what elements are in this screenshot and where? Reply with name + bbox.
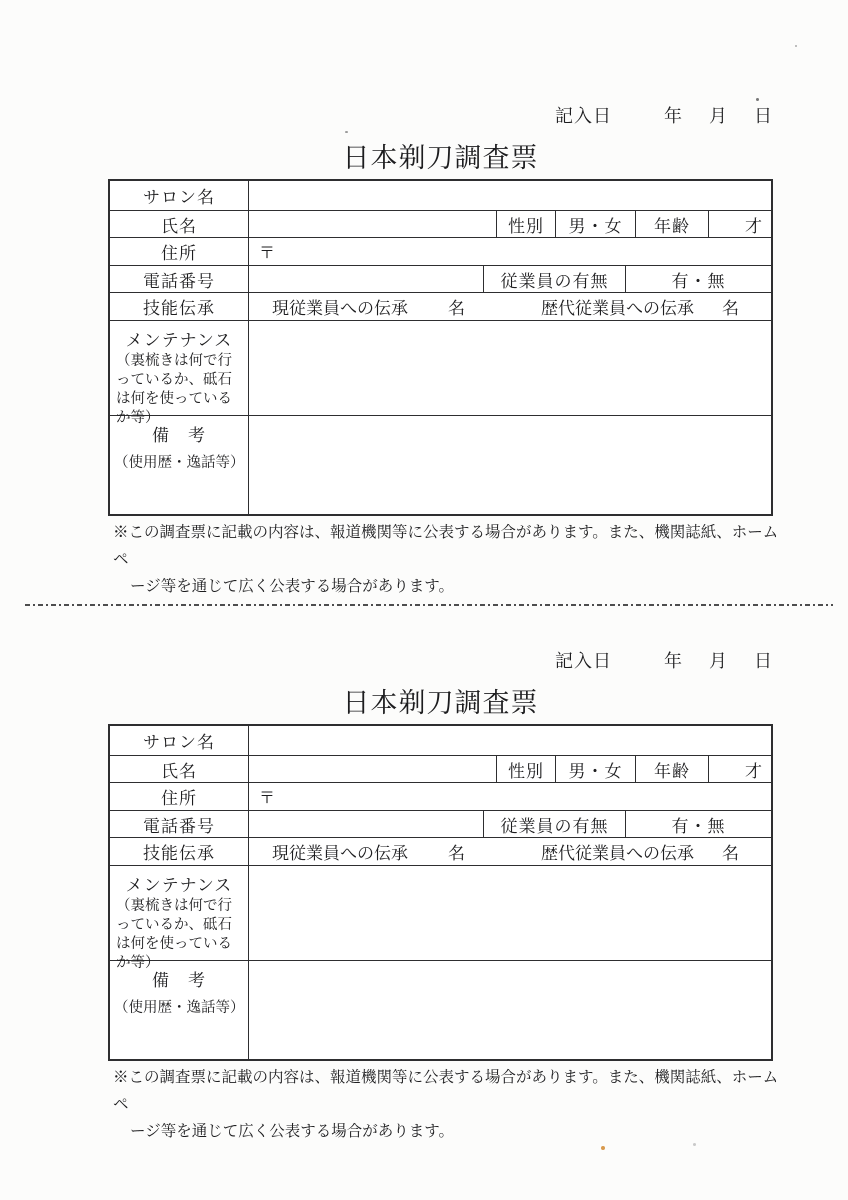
form-title: 日本剃刀調査票: [108, 681, 773, 720]
skill-past-label: 歴代従業員への伝承: [541, 294, 694, 319]
phone-field: [249, 266, 483, 292]
publication-notice-line1: ※この調査票に記載の内容は、報道機関等に公表する場合があります。また、機関誌紙、…: [113, 1064, 793, 1118]
survey-table: サロン名 氏名 性別 男・女 年齢 才 住所 〒 電話番号 従業員の有無: [108, 724, 773, 1061]
date-day-label: 日: [754, 647, 773, 673]
scan-speck: [693, 1143, 696, 1146]
skill-label: 技能伝承: [110, 838, 249, 865]
skill-field: 現従業員への伝承 名 歴代従業員への伝承 名: [249, 293, 771, 320]
maintenance-label-cell: メンテナンス （裏梳きは何で行っているか、砥石は何を使っているか等）: [110, 866, 249, 960]
name-label: 氏名: [110, 756, 249, 782]
survey-table: サロン名 氏名 性別 男・女 年齢 才 住所 〒 電話番号 従業員の有無: [108, 179, 773, 516]
age-unit-label: 才: [708, 211, 771, 237]
name-field: [249, 756, 496, 782]
employees-options: 有・無: [625, 811, 771, 837]
skill-past-label: 歴代従業員への伝承: [541, 839, 694, 864]
scan-speck: [756, 98, 759, 101]
scan-speck: [601, 1146, 605, 1150]
table-row-name: 氏名 性別 男・女 年齢 才: [110, 755, 771, 782]
salon-name-label: サロン名: [110, 181, 249, 210]
address-label: 住所: [110, 783, 249, 810]
scan-speck: [567, 657, 570, 660]
table-row-phone: 電話番号 従業員の有無 有・無: [110, 265, 771, 292]
postal-mark: 〒: [259, 785, 275, 808]
maintenance-field: [249, 866, 771, 960]
date-year-label: 年: [664, 102, 683, 128]
table-row-skill: 技能伝承 現従業員への伝承 名 歴代従業員への伝承 名: [110, 292, 771, 320]
skill-current-unit: 名: [448, 839, 465, 864]
maintenance-label: メンテナンス: [110, 326, 248, 351]
age-label: 年齢: [635, 211, 708, 237]
remarks-label: 備 考: [110, 421, 248, 446]
form-title: 日本剃刀調査票: [108, 136, 773, 175]
survey-form-copy-2: 記入日 年 月 日 日本剃刀調査票 サロン名 氏名 性別 男・女 年齢 才 住所: [0, 545, 848, 1090]
table-row-address: 住所 〒: [110, 237, 771, 265]
skill-current-label: 現従業員への伝承: [272, 839, 408, 864]
remarks-field: [249, 961, 771, 1059]
date-line: 記入日 年 月 日: [0, 102, 773, 128]
table-row-maintenance: メンテナンス （裏梳きは何で行っているか、砥石は何を使っているか等）: [110, 865, 771, 960]
name-label: 氏名: [110, 211, 249, 237]
salon-name-label: サロン名: [110, 726, 249, 755]
salon-name-field: [249, 726, 771, 755]
scan-speck: [795, 45, 797, 47]
gender-options: 男・女: [555, 211, 635, 237]
scan-speck: [345, 131, 348, 133]
name-field: [249, 211, 496, 237]
survey-form-copy-1: 記入日 年 月 日 日本剃刀調査票 サロン名 氏名 性別 男・女 年齢 才 住所: [0, 0, 848, 545]
remarks-field: [249, 416, 771, 514]
maintenance-label: メンテナンス: [110, 871, 248, 896]
gender-options: 男・女: [555, 756, 635, 782]
date-label: 記入日: [555, 102, 612, 128]
employees-options: 有・無: [625, 266, 771, 292]
table-row-remarks: 備 考 （使用歴・逸話等）: [110, 415, 771, 514]
table-row-salon: サロン名: [110, 181, 771, 210]
maintenance-label-cell: メンテナンス （裏梳きは何で行っているか、砥石は何を使っているか等）: [110, 321, 249, 415]
date-month-label: 月: [709, 647, 728, 673]
publication-notice: ※この調査票に記載の内容は、報道機関等に公表する場合があります。また、機関誌紙、…: [113, 1064, 793, 1145]
table-row-remarks: 備 考 （使用歴・逸話等）: [110, 960, 771, 1059]
age-label: 年齢: [635, 756, 708, 782]
salon-name-field: [249, 181, 771, 210]
remarks-label: 備 考: [110, 966, 248, 991]
skill-past-unit: 名: [722, 839, 739, 864]
table-row-salon: サロン名: [110, 726, 771, 755]
employees-label: 従業員の有無: [483, 811, 625, 837]
address-label: 住所: [110, 238, 249, 265]
employees-label: 従業員の有無: [483, 266, 625, 292]
table-row-phone: 電話番号 従業員の有無 有・無: [110, 810, 771, 837]
skill-field: 現従業員への伝承 名 歴代従業員への伝承 名: [249, 838, 771, 865]
age-unit-label: 才: [708, 756, 771, 782]
skill-past-unit: 名: [722, 294, 739, 319]
maintenance-field: [249, 321, 771, 415]
date-line: 記入日 年 月 日: [0, 647, 773, 673]
gender-label: 性別: [496, 211, 555, 237]
date-month-label: 月: [709, 102, 728, 128]
remarks-label-cell: 備 考 （使用歴・逸話等）: [110, 416, 249, 514]
date-label: 記入日: [555, 647, 612, 673]
address-field: 〒: [249, 783, 771, 810]
scanned-survey-sheet: 記入日 年 月 日 日本剃刀調査票 サロン名 氏名 性別 男・女 年齢 才 住所: [0, 0, 848, 1200]
table-row-address: 住所 〒: [110, 782, 771, 810]
skill-current-label: 現従業員への伝承: [272, 294, 408, 319]
table-row-maintenance: メンテナンス （裏梳きは何で行っているか、砥石は何を使っているか等）: [110, 320, 771, 415]
skill-current-unit: 名: [448, 294, 465, 319]
table-row-name: 氏名 性別 男・女 年齢 才: [110, 210, 771, 237]
date-day-label: 日: [754, 102, 773, 128]
remarks-sublabel: （使用歴・逸話等）: [110, 453, 248, 473]
postal-mark: 〒: [259, 240, 275, 263]
phone-label: 電話番号: [110, 811, 249, 837]
table-row-skill: 技能伝承 現従業員への伝承 名 歴代従業員への伝承 名: [110, 837, 771, 865]
phone-label: 電話番号: [110, 266, 249, 292]
remarks-label-cell: 備 考 （使用歴・逸話等）: [110, 961, 249, 1059]
publication-notice-line2: ージ等を通じて広く公表する場合があります。: [113, 1118, 793, 1145]
phone-field: [249, 811, 483, 837]
address-field: 〒: [249, 238, 771, 265]
date-year-label: 年: [664, 647, 683, 673]
gender-label: 性別: [496, 756, 555, 782]
skill-label: 技能伝承: [110, 293, 249, 320]
remarks-sublabel: （使用歴・逸話等）: [110, 998, 248, 1018]
